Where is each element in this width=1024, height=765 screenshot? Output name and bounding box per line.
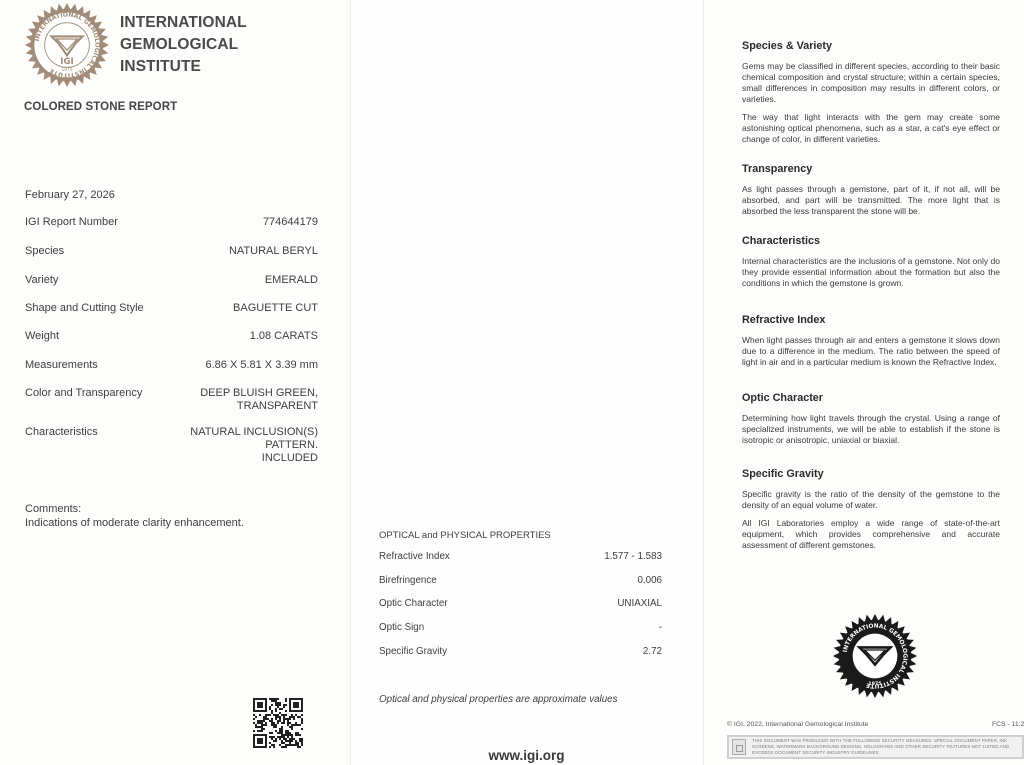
svg-text:1975: 1975 xyxy=(62,67,73,73)
igi-seal-icon: INTERNATIONAL GEMOLOGICAL INSTITUTE IGI … xyxy=(24,2,110,88)
field-label: Shape and Cutting Style xyxy=(25,302,144,315)
report-field-row: VarietyEMERALD xyxy=(25,274,318,287)
brand-line: GEMOLOGICAL xyxy=(120,34,247,56)
report-title: COLORED STONE REPORT xyxy=(24,101,177,113)
field-value: 1.08 CARATS xyxy=(250,330,318,343)
report-field-row: Shape and Cutting StyleBAGUETTE CUT xyxy=(25,302,318,315)
field-label: IGI Report Number xyxy=(25,216,118,229)
security-notice: THIS DOCUMENT WAS PRODUCED WITH THE FOLL… xyxy=(727,735,1024,759)
field-value: EMERALD xyxy=(265,274,318,287)
report-field-row: CharacteristicsNATURAL INCLUSION(S)PATTE… xyxy=(25,426,318,465)
qr-code-icon[interactable] xyxy=(253,698,303,748)
field-label: Species xyxy=(25,245,64,258)
info-paragraph: As light passes through a gemstone, part… xyxy=(742,184,1000,217)
igi-seal-black-icon: INTERNATIONAL GEMOLOGICAL INSTITUTE IGI … xyxy=(832,613,918,699)
info-section-title: Optic Character xyxy=(742,392,1000,404)
info-section-title: Refractive Index xyxy=(742,314,1000,326)
info-paragraph: Specific gravity is the ratio of the den… xyxy=(742,489,1000,511)
field-value: 6.86 X 5.81 X 3.39 mm xyxy=(205,359,318,372)
info-section: CharacteristicsInternal characteristics … xyxy=(742,235,1000,296)
info-section: Refractive IndexWhen light passes throug… xyxy=(742,314,1000,375)
info-section-title: Transparency xyxy=(742,163,1000,175)
field-value: DEEP BLUISH GREEN,TRANSPARENT xyxy=(200,387,318,413)
comments-label: Comments: xyxy=(25,502,244,516)
info-paragraph: Gems may be classified in different spec… xyxy=(742,61,1000,105)
info-section: Optic CharacterDetermining how light tra… xyxy=(742,392,1000,453)
fold-line xyxy=(703,0,704,765)
info-paragraph: Internal characteristics are the inclusi… xyxy=(742,256,1000,289)
field-label: Color and Transparency xyxy=(25,387,142,413)
comments: Comments: Indications of moderate clarit… xyxy=(25,502,244,530)
info-section: Specific GravitySpecific gravity is the … xyxy=(742,468,1000,558)
svg-text:1975: 1975 xyxy=(868,681,881,687)
report-field-row: Weight1.08 CARATS xyxy=(25,330,318,343)
field-label: Weight xyxy=(25,330,59,343)
report-field-row: IGI Report Number774644179 xyxy=(25,216,318,229)
field-value: NATURAL INCLUSION(S)PATTERN.INCLUDED xyxy=(190,426,318,465)
website-link[interactable]: www.igi.org xyxy=(350,748,703,763)
info-paragraph: The way that light interacts with the ge… xyxy=(742,112,1000,145)
document-lock-icon xyxy=(732,739,746,755)
info-section-title: Characteristics xyxy=(742,235,1000,247)
report-field-row: Measurements6.86 X 5.81 X 3.39 mm xyxy=(25,359,318,372)
svg-text:IGI: IGI xyxy=(60,57,73,67)
security-text: THIS DOCUMENT WAS PRODUCED WITH THE FOLL… xyxy=(752,738,1022,756)
report-date: February 27, 2026 xyxy=(25,189,115,201)
institute-name: INTERNATIONAL GEMOLOGICAL INSTITUTE xyxy=(120,12,247,78)
svg-text:IGI: IGI xyxy=(868,669,881,679)
field-label: Measurements xyxy=(25,359,98,372)
report-front-panel xyxy=(0,0,350,765)
info-section: TransparencyAs light passes through a ge… xyxy=(742,163,1000,224)
field-label: Variety xyxy=(25,274,58,287)
info-section: Species & VarietyGems may be classified … xyxy=(742,40,1000,152)
report-field-row: Color and TransparencyDEEP BLUISH GREEN,… xyxy=(25,387,318,413)
field-value: BAGUETTE CUT xyxy=(233,302,318,315)
field-value: 774644179 xyxy=(263,216,318,229)
website-container: www.igi.org xyxy=(350,0,703,765)
copyright: © IGI, 2022, International Gemological I… xyxy=(727,721,868,728)
info-paragraph: When light passes through air and enters… xyxy=(742,335,1000,368)
info-paragraph: All IGI Laboratories employ a wide range… xyxy=(742,518,1000,551)
info-section-title: Specific Gravity xyxy=(742,468,1000,480)
info-paragraph: Determining how light travels through th… xyxy=(742,413,1000,446)
field-label: Characteristics xyxy=(25,426,98,465)
field-value: NATURAL BERYL xyxy=(229,245,318,258)
brand-line: INSTITUTE xyxy=(120,56,247,78)
form-code: FCS - 11.2 xyxy=(992,721,1024,728)
report-field-row: SpeciesNATURAL BERYL xyxy=(25,245,318,258)
comments-text: Indications of moderate clarity enhancem… xyxy=(25,516,244,530)
info-section-title: Species & Variety xyxy=(742,40,1000,52)
brand-line: INTERNATIONAL xyxy=(120,12,247,34)
